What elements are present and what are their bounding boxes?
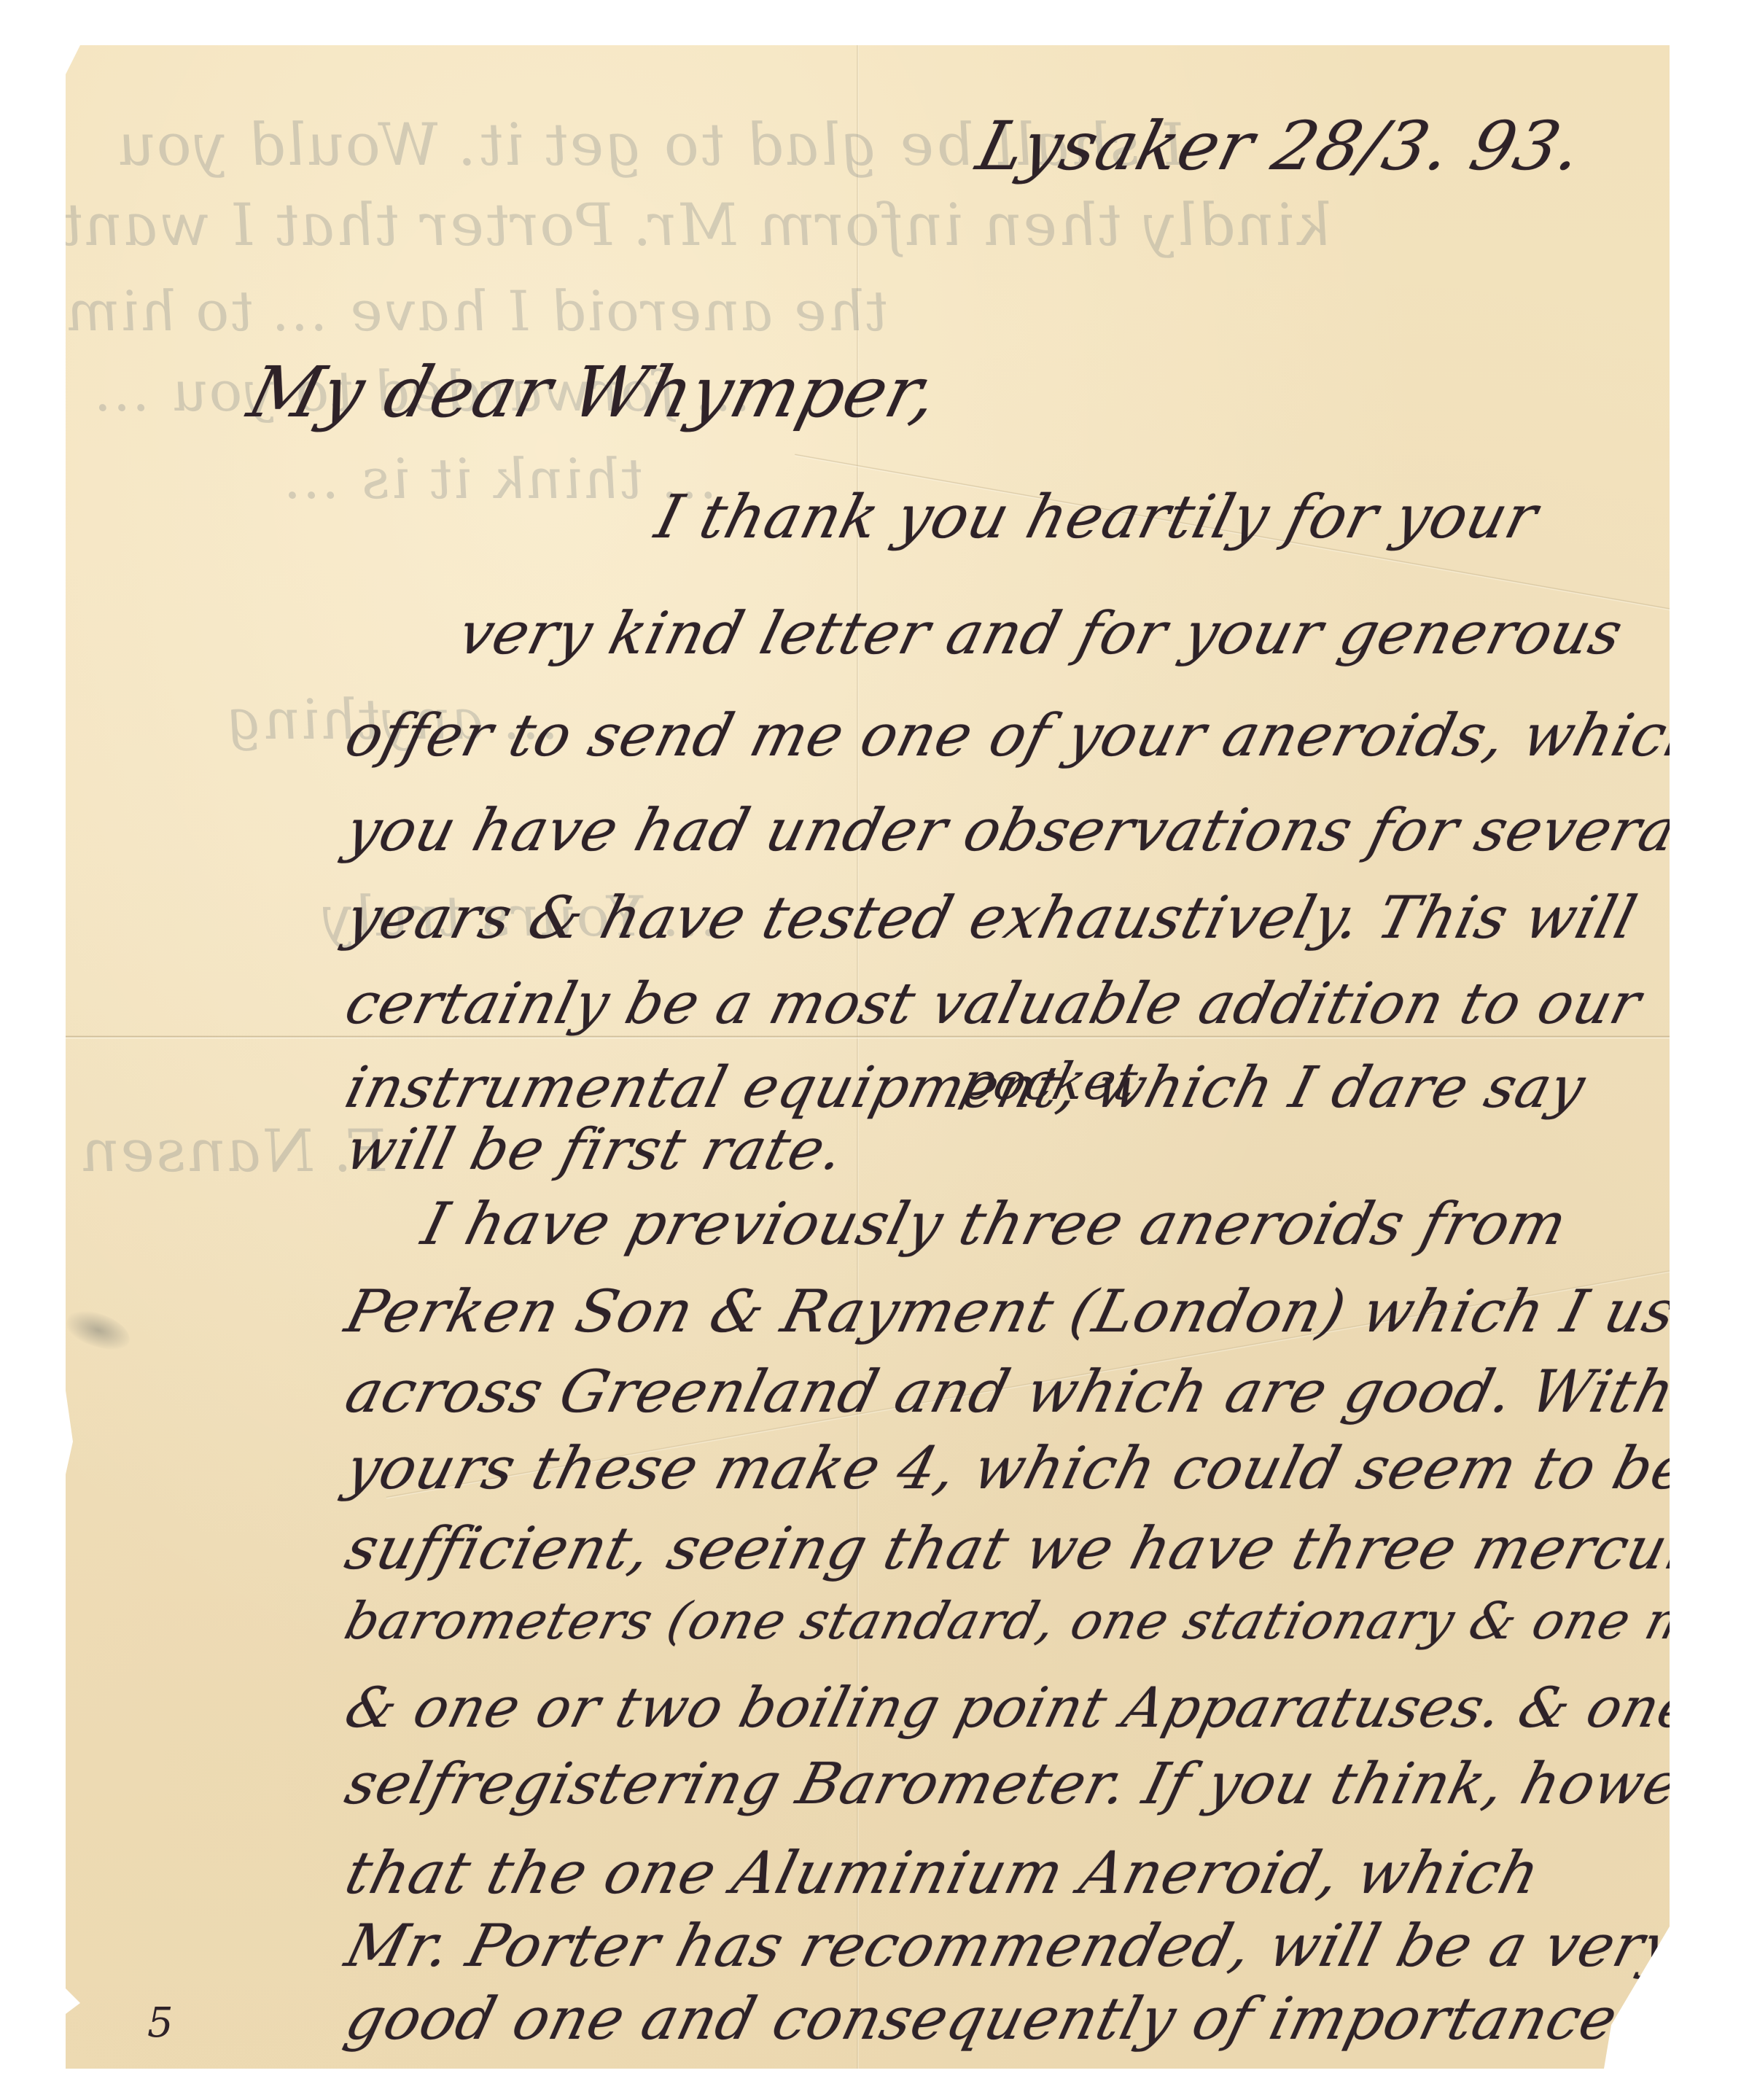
letter-line: across Greenland and which are good. Wit… [339, 1358, 1682, 1426]
letter-paper: I shall be glad to get it. Would you kin… [66, 45, 1670, 2069]
letter-line: that the one Aluminium Aneroid, which [339, 1839, 1547, 1907]
letter-line: & one or two boiling point Apparatuses. … [339, 1675, 1700, 1740]
letter-line: offer to send me one of your aneroids, w… [339, 701, 1713, 769]
letter-line: selfregistering Barometer. If you think,… [339, 1751, 1741, 1817]
letter-line: sufficient, seeing that we have three me… [339, 1514, 1737, 1582]
ink-stain [62, 1304, 135, 1356]
letter-line: yours these make 4, which could seem to … [339, 1434, 1697, 1502]
letter-line: you have had under observations for seve… [339, 796, 1704, 864]
inserted-word: pocket [955, 1051, 1144, 1111]
letter-line: good one and consequently of importance [339, 1985, 1624, 2053]
letter-line: I thank you heartily for your [649, 483, 1545, 552]
letter-line: Mr. Porter has recommended, will be a ve… [339, 1912, 1686, 1980]
salutation: My dear Whymper, [241, 351, 947, 433]
letter-line: Perken Son & Rayment (London) which I us… [339, 1277, 1741, 1345]
letter-line: very kind letter and for your generous [452, 599, 1629, 667]
bleed-through-line: the aneroid I have ... to him [61, 279, 892, 343]
letter-line: will be first rate. [339, 1117, 851, 1183]
letter-line: years & have tested exhaustively. This w… [339, 884, 1643, 952]
bleed-through-line: kindly then inform Mr. Porter that I wan… [53, 191, 1336, 259]
margin-mark: 5 [147, 1999, 174, 2047]
letter-line: certainly be a most valuable addition to… [339, 971, 1648, 1037]
letter-line: I have previously three aneroids from [416, 1190, 1574, 1258]
letter-line: barometers (one standard, one stationary… [339, 1591, 1741, 1651]
bleed-through-line: ... think it is ... [280, 446, 724, 511]
place-date: Lysaker 28/3. 93. [970, 107, 1591, 185]
